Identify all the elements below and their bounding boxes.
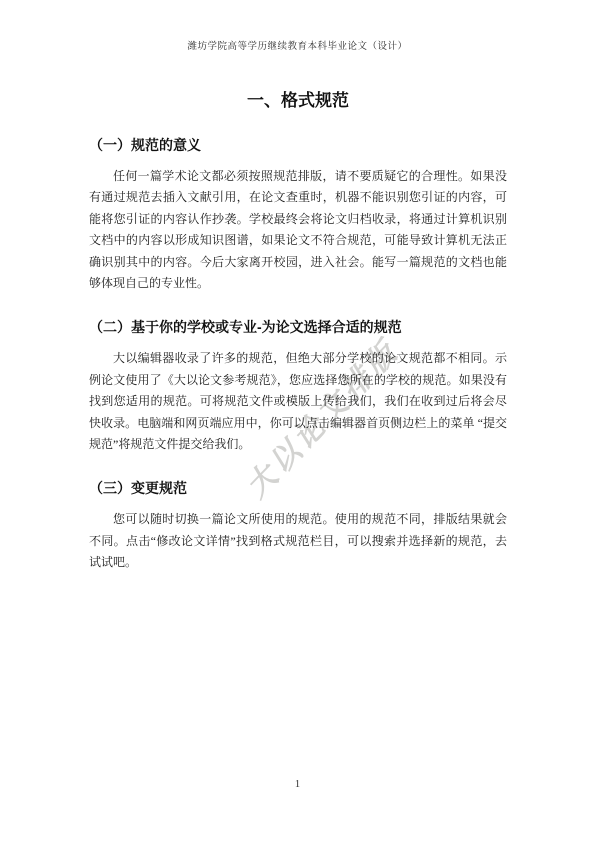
section-3-paragraph: 您可以随时切换一篇论文所使用的规范。使用的规范不同，排版结果就会不同。点击“修改… xyxy=(89,509,507,573)
document-body: 一、格式规范 （一）规范的意义 任何一篇学术论文都必须按照规范排版，请不要质疑它… xyxy=(89,90,507,574)
section-2-paragraph: 大以编辑器收录了许多的规范，但绝大部分学校的论文规范都不相同。示例论文使用了《大… xyxy=(89,348,507,455)
section-1-heading: （一）规范的意义 xyxy=(89,136,507,154)
section-3-heading: （三）变更规范 xyxy=(89,479,507,497)
document-page: 潍坊学院高等学历继续教育本科毕业论文（设计） 大以论文排版 一、格式规范 （一）… xyxy=(0,0,595,842)
section-3: （三）变更规范 您可以随时切换一篇论文所使用的规范。使用的规范不同，排版结果就会… xyxy=(89,479,507,573)
section-1-paragraph: 任何一篇学术论文都必须按照规范排版，请不要质疑它的合理性。如果没有通过规范去插入… xyxy=(89,166,507,294)
page-header-text: 潍坊学院高等学历继续教育本科毕业论文（设计） xyxy=(0,38,595,52)
section-1: （一）规范的意义 任何一篇学术论文都必须按照规范排版，请不要质疑它的合理性。如果… xyxy=(89,136,507,294)
section-2: （二）基于你的学校或专业-为论文选择合适的规范 大以编辑器收录了许多的规范，但绝… xyxy=(89,318,507,455)
document-title: 一、格式规范 xyxy=(89,90,507,112)
page-number: 1 xyxy=(0,779,595,790)
section-2-heading: （二）基于你的学校或专业-为论文选择合适的规范 xyxy=(89,318,507,336)
